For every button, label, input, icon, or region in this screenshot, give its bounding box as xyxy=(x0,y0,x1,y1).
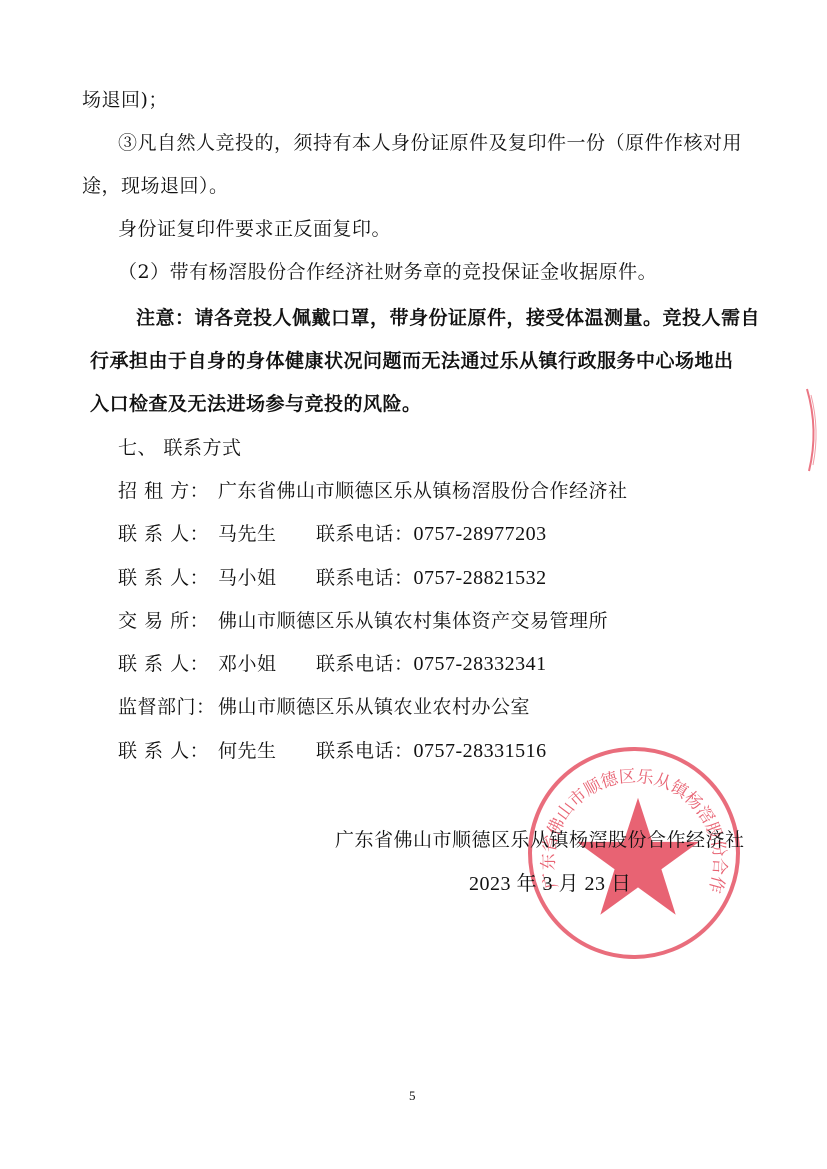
phone-label: 联系电话： xyxy=(316,567,414,589)
signature-date: 2023 年 3 月 23 日 xyxy=(469,872,632,896)
phone-label: 联系电话： xyxy=(316,740,414,762)
contact-value: 佛山市顺德区乐从镇农村集体资产交易管理所 xyxy=(218,610,608,632)
contact-label: 联 系 人： xyxy=(118,566,218,590)
notice-line-3: 入口检查及无法进场参与竞投的风险。 xyxy=(90,392,422,416)
contact-row-person: 联 系 人：马小姐联系电话：0757-28821532 xyxy=(118,566,547,590)
edge-stamp-fragment xyxy=(805,385,821,475)
contact-label: 联 系 人： xyxy=(118,739,218,763)
notice-line-2: 行承担由于自身的身体健康状况问题而无法通过乐从镇行政服务中心场地出 xyxy=(90,349,734,373)
contact-row-lessor: 招 租 方：广东省佛山市顺德区乐从镇杨滘股份合作经济社 xyxy=(118,479,628,503)
contact-name: 邓小姐 xyxy=(218,652,316,676)
paragraph-id-copy: 身份证复印件要求正反面复印。 xyxy=(118,217,391,241)
phone-number: 0757-28821532 xyxy=(414,567,547,589)
contact-row-person: 联 系 人：邓小姐联系电话：0757-28332341 xyxy=(118,652,547,676)
contact-value: 佛山市顺德区乐从镇农业农村办公室 xyxy=(218,696,530,718)
phone-number: 0757-28977203 xyxy=(414,523,547,545)
contact-label: 交 易 所： xyxy=(118,609,218,633)
contact-label: 联 系 人： xyxy=(118,522,218,546)
contact-name: 何先生 xyxy=(218,739,316,763)
phone-label: 联系电话： xyxy=(316,523,414,545)
stamp-star-icon xyxy=(573,795,703,920)
contact-label: 监督部门： xyxy=(118,695,218,719)
notice-line-1: 注意：请各竞投人佩戴口罩，带身份证原件，接受体温测量。竞投人需自 xyxy=(136,306,760,330)
phone-number: 0757-28331516 xyxy=(414,740,547,762)
phone-label: 联系电话： xyxy=(316,653,414,675)
stamp-ring-text: 广东省佛山市顺德区乐从镇杨滘股份合作经济社 xyxy=(528,747,740,959)
contact-label: 招 租 方： xyxy=(118,479,218,503)
contact-row-supervisor: 监督部门：佛山市顺德区乐从镇农业农村办公室 xyxy=(118,695,530,719)
paragraph-deposit-receipt: （2）带有杨滘股份合作经济社财务章的竞投保证金收据原件。 xyxy=(118,260,657,284)
signature-organization: 广东省佛山市顺德区乐从镇杨滘股份合作经济社 xyxy=(335,828,745,852)
paragraph-natural-person-cont: 途，现场退回）。 xyxy=(82,174,229,198)
contact-name: 马先生 xyxy=(218,522,316,546)
contact-row-exchange: 交 易 所：佛山市顺德区乐从镇农村集体资产交易管理所 xyxy=(118,609,608,633)
contact-row-person: 联 系 人：何先生联系电话：0757-28331516 xyxy=(118,739,547,763)
paragraph-natural-person: ③凡自然人竞投的，须持有本人身份证原件及复印件一份（原件作核对用 xyxy=(118,131,742,155)
contact-label: 联 系 人： xyxy=(118,652,218,676)
contact-row-person: 联 系 人：马先生联系电话：0757-28977203 xyxy=(118,522,547,546)
section-heading-contact: 七、 联系方式 xyxy=(118,436,242,460)
contact-name: 马小姐 xyxy=(218,566,316,590)
official-stamp xyxy=(528,747,740,959)
page-number: 5 xyxy=(409,1088,416,1104)
paragraph-continuation: 场退回)； xyxy=(82,88,168,112)
contact-value: 广东省佛山市顺德区乐从镇杨滘股份合作经济社 xyxy=(218,480,628,502)
phone-number: 0757-28332341 xyxy=(414,653,547,675)
